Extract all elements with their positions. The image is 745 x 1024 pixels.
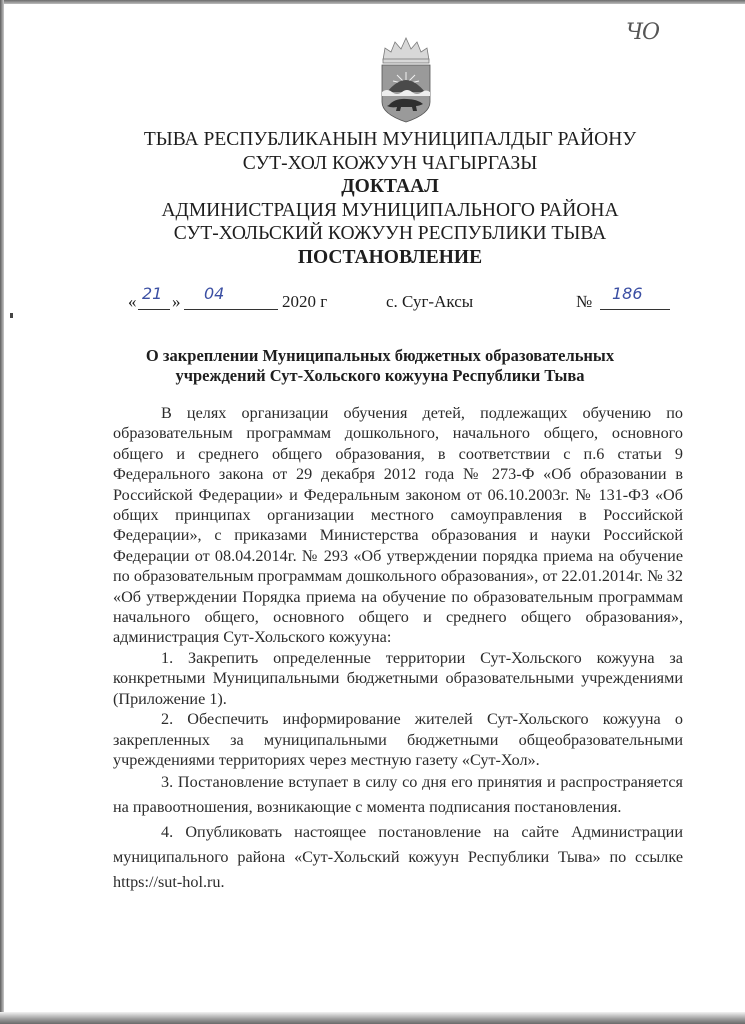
handwritten-number: 186 [612,284,643,303]
header-russian-line-1: АДМИНИСТРАЦИЯ МУНИЦИПАЛЬНОГО РАЙОНА [100,199,680,223]
month-underline [184,308,278,310]
handwritten-month: 04 [204,284,224,303]
year: 2020 г [282,292,327,312]
number-label: № [576,292,592,312]
punch-mark [10,313,13,318]
header-doctype-tuvan: ДОКТААЛ [100,175,680,199]
resolution-item-4: 4. Опубликовать настоящее постановление … [113,820,683,895]
title-line-1: О закреплении Муниципальных бюджетных об… [120,346,640,366]
document-header: ТЫВА РЕСПУБЛИКАНЫН МУНИЦИПАЛДЫГ РАЙОНУ С… [100,128,680,269]
coat-of-arms-icon [373,36,439,124]
number-underline [600,308,670,310]
preamble-paragraph: В целях организации обучения детей, подл… [113,403,683,648]
document-title: О закреплении Муниципальных бюджетных об… [120,346,640,386]
resolution-item-3: 3. Постановление вступает в силу со дня … [113,770,683,820]
open-quote: « [128,292,137,312]
title-line-2: учреждений Сут-Хольского кожууна Республ… [120,366,640,386]
scan-edge-left [0,0,4,1024]
close-quote: » [172,292,181,312]
day-underline [138,308,170,310]
document-body: В целях организации обучения детей, подл… [113,403,683,895]
scan-edge-bottom [0,1012,745,1024]
scan-edge-top [0,0,745,4]
header-tuvan-line-1: ТЫВА РЕСПУБЛИКАНЫН МУНИЦИПАЛДЫГ РАЙОНУ [100,128,680,152]
resolution-item-1: 1. Закрепить определенные территории Сут… [113,648,683,709]
header-russian-line-2: СУТ-ХОЛЬСКИЙ КОЖУУН РЕСПУБЛИКИ ТЫВА [100,222,680,246]
resolution-item-2: 2. Обеспечить информирование жителей Сут… [113,709,683,770]
header-tuvan-line-2: СУТ-ХОЛ КОЖУУН ЧАГЫРГАЗЫ [100,152,680,176]
place-name: с. Суг-Аксы [386,292,473,312]
handwritten-corner-note: ЧО [626,20,659,45]
date-place-number-line: « 21 » 04 2020 г с. Суг-Аксы № 186 [128,286,688,316]
handwritten-day: 21 [142,284,162,303]
header-doctype-russian: ПОСТАНОВЛЕНИЕ [100,246,680,270]
